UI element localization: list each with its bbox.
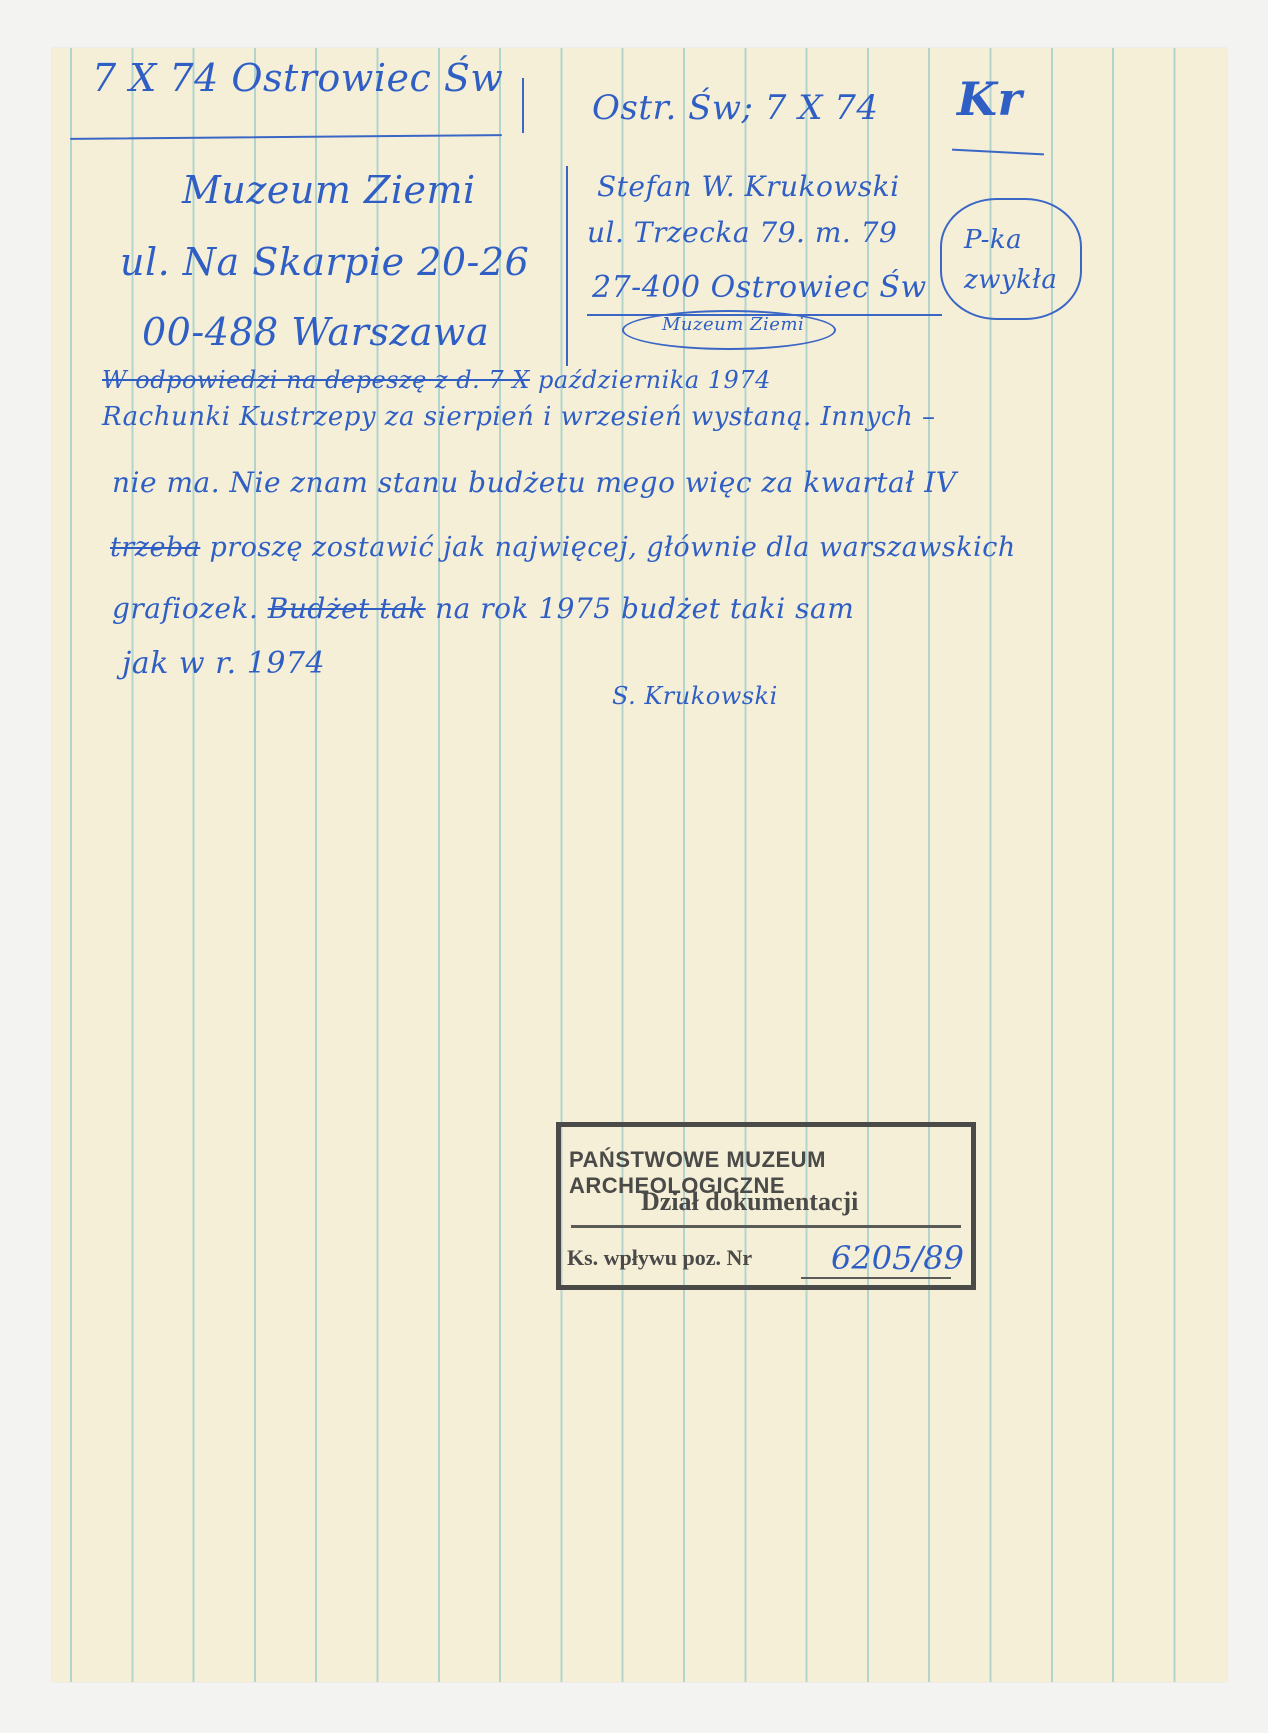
body-line-2: Rachunki Kustrzepy za sierpień i wrzesie…: [102, 402, 936, 432]
header-divider-tick: [522, 78, 524, 133]
body-line-5: grafiozek. Budżet tak na rok 1975 budżet…: [112, 592, 854, 625]
body-line-5-struck: Budżet tak: [268, 592, 426, 625]
initials-underline: [952, 149, 1044, 156]
header-date-place-left: 7 X 74 Ostrowiec Św: [92, 56, 503, 100]
body-line-4-rest: proszę zostawić jak najwięcej, głównie d…: [209, 532, 1015, 563]
stamp-register-label: Ks. wpływu poz. Nr: [567, 1245, 752, 1271]
annotation-label: Muzeum Ziemi: [662, 314, 804, 335]
recipient-line-2: ul. Na Skarpie 20-26: [120, 240, 529, 284]
archive-stamp: PAŃSTWOWE MUZEUM ARCHEOLOGICZNE Dział do…: [556, 1122, 976, 1290]
body-line-5-start: grafiozek.: [112, 592, 258, 625]
body-line-1-rest: października 1974: [538, 366, 771, 394]
sender-line-2: ul. Trzecka 79. m. 79: [587, 216, 897, 249]
postal-note-text: P-ka zwykła: [964, 220, 1064, 300]
recipient-line-3: 00-488 Warszawa: [142, 310, 489, 354]
body-line-1: W odpowiedzi na depeszę z d. 7 X paździe…: [102, 366, 771, 394]
stamp-department: Dział dokumentacji: [641, 1187, 858, 1217]
body-line-4: trzeba proszę zostawić jak najwięcej, gł…: [110, 532, 1016, 563]
body-line-3: nie ma. Nie znam stanu budżetu mego więc…: [112, 466, 956, 499]
stamp-divider: [571, 1225, 961, 1228]
ruled-paper-sheet: 7 X 74 Ostrowiec Św Ostr. Św; 7 X 74 Kr …: [52, 48, 1227, 1682]
initials-mark: Kr: [957, 72, 1022, 126]
body-line-1-struck: W odpowiedzi na depeszę z d. 7 X: [102, 366, 530, 394]
sender-bracket-vertical: [566, 166, 568, 366]
signature: S. Krukowski: [612, 682, 778, 710]
stamp-register-line: [801, 1277, 951, 1279]
body-line-6: jak w r. 1974: [122, 646, 325, 681]
header-date-place-right: Ostr. Św; 7 X 74: [592, 88, 879, 128]
body-line-5-rest: na rok 1975 budżet taki sam: [435, 592, 854, 625]
sender-line-1: Stefan W. Krukowski: [597, 170, 900, 203]
sender-line-3: 27-400 Ostrowiec Św: [592, 270, 927, 305]
recipient-line-1: Muzeum Ziemi: [182, 168, 476, 212]
stamp-register-number: 6205/89: [831, 1239, 964, 1277]
body-line-4-struck: trzeba: [110, 532, 200, 563]
header-underline: [70, 134, 502, 140]
